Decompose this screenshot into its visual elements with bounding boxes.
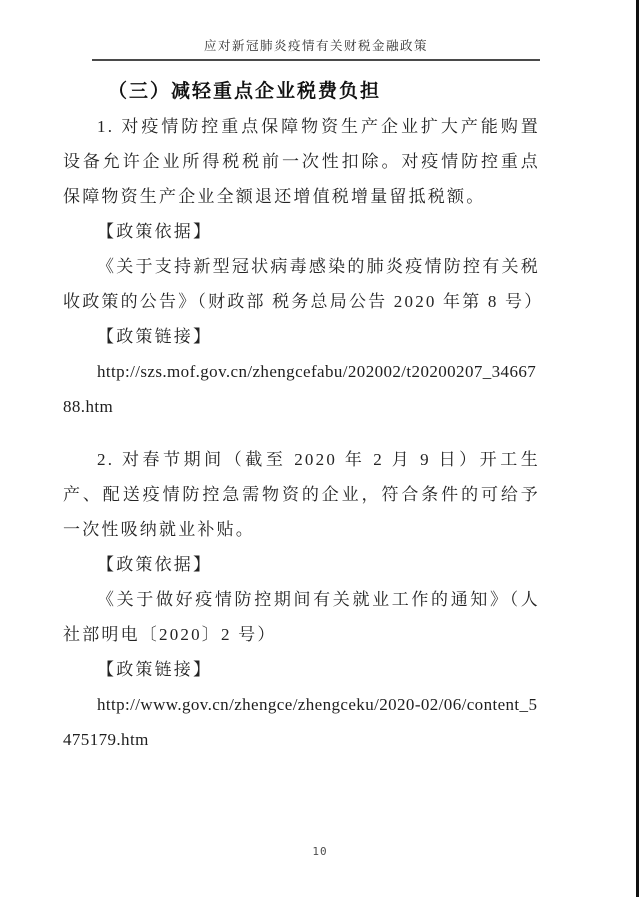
header-rule — [92, 59, 540, 61]
running-header-title: 应对新冠肺炎疫情有关财税金融政策 — [92, 36, 540, 54]
block-gap — [63, 424, 540, 442]
policy-basis-label: 【政策依据】 — [63, 547, 540, 582]
policy-link-label: 【政策链接】 — [63, 652, 540, 687]
policy-link-url[interactable]: http://www.gov.cn/zhengce/zhengceku/2020… — [63, 687, 540, 757]
page-footer: 10 — [0, 845, 640, 858]
document-content: （三）减轻重点企业税费负担 1. 对疫情防控重点保障物资生产企业扩大产能购置设备… — [63, 74, 540, 757]
policy-paragraph: 1. 对疫情防控重点保障物资生产企业扩大产能购置设备允许企业所得税税前一次性扣除… — [63, 109, 540, 214]
policy-basis-text: 《关于支持新型冠状病毒感染的肺炎疫情防控有关税收政策的公告》（财政部 税务总局公… — [63, 249, 540, 319]
page-number: 10 — [312, 845, 327, 858]
scan-edge-artifact — [636, 0, 639, 897]
policy-item-2: 2. 对春节期间（截至 2020 年 2 月 9 日）开工生产、配送疫情防控急需… — [63, 442, 540, 757]
document-page: 应对新冠肺炎疫情有关财税金融政策 （三）减轻重点企业税费负担 1. 对疫情防控重… — [0, 0, 640, 902]
policy-link-url[interactable]: http://szs.mof.gov.cn/zhengcefabu/202002… — [63, 354, 540, 424]
policy-link-label: 【政策链接】 — [63, 319, 540, 354]
policy-item-1: 1. 对疫情防控重点保障物资生产企业扩大产能购置设备允许企业所得税税前一次性扣除… — [63, 109, 540, 424]
policy-paragraph: 2. 对春节期间（截至 2020 年 2 月 9 日）开工生产、配送疫情防控急需… — [63, 442, 540, 547]
section-heading: （三）减轻重点企业税费负担 — [63, 74, 540, 109]
policy-basis-label: 【政策依据】 — [63, 214, 540, 249]
policy-basis-text: 《关于做好疫情防控期间有关就业工作的通知》（人社部明电〔2020〕2 号） — [63, 582, 540, 652]
